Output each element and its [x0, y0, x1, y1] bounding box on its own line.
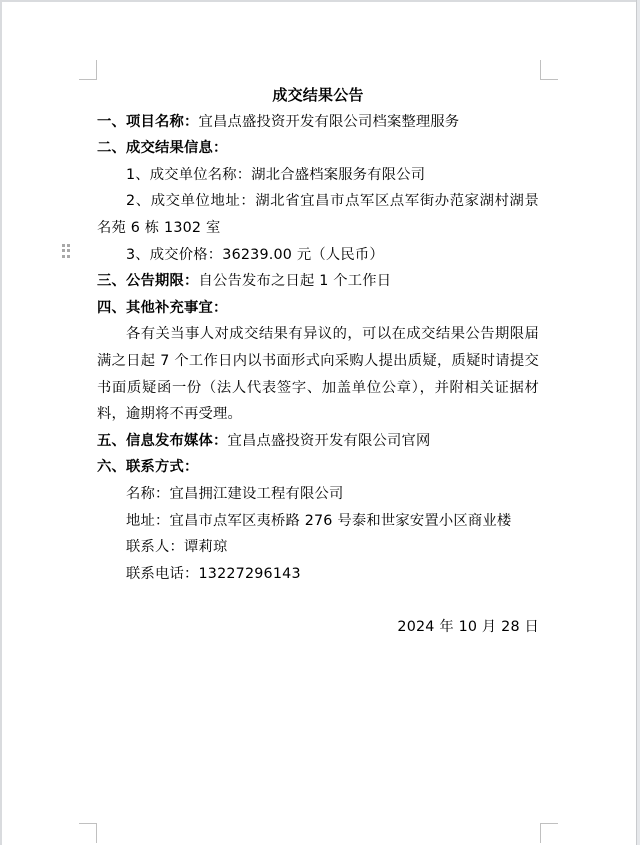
- contact-label: 地址：: [126, 513, 170, 529]
- document-title: 成交结果公告: [97, 82, 539, 109]
- document-date: 2024 年 10 月 28 日: [97, 614, 539, 641]
- blank-line: [97, 587, 539, 614]
- section-heading: 一、项目名称：: [97, 114, 198, 130]
- result-item-price: 3、成交价格：36239.00 元（人民币）: [97, 242, 539, 269]
- section-value: 自公告发布之日起 1 个工作日: [198, 273, 391, 289]
- section-heading: 四、其他补充事宜：: [97, 300, 227, 316]
- section-contact: 六、联系方式：: [97, 454, 539, 481]
- contact-phone: 联系电话：13227296143: [97, 561, 539, 588]
- item-label: 2、成交单位地址：: [126, 193, 255, 209]
- item-value: 湖北合盛档案服务有限公司: [251, 167, 425, 183]
- result-item-winner-address: 2、成交单位地址：湖北省宜昌市点军区点军街办范家湖村湖景名苑 6 栋 1302 …: [97, 188, 539, 241]
- contact-value: 宜昌市点军区夷桥路 276 号泰和世家安置小区商业楼: [170, 513, 512, 529]
- other-matters-paragraph: 各有关当事人对成交结果有异议的，可以在成交结果公告期限届满之日起 7 个工作日内…: [97, 321, 539, 427]
- item-value: 36239.00 元（人民币）: [222, 247, 384, 263]
- section-value: 宜昌点盛投资开发有限公司官网: [227, 433, 430, 449]
- contact-name: 名称：宜昌拥江建设工程有限公司: [97, 481, 539, 508]
- margin-corner-top-right: [540, 60, 558, 80]
- section-heading: 三、公告期限：: [97, 273, 198, 289]
- margin-corner-top-left: [79, 60, 97, 80]
- section-other-matters: 四、其他补充事宜：: [97, 295, 539, 322]
- contact-value: 13227296143: [198, 566, 300, 582]
- drag-handle-icon[interactable]: [62, 244, 70, 258]
- margin-corner-bottom-right: [540, 823, 558, 843]
- contact-value: 宜昌拥江建设工程有限公司: [170, 486, 344, 502]
- contact-label: 联系人：: [126, 539, 184, 555]
- section-notice-period: 三、公告期限：自公告发布之日起 1 个工作日: [97, 268, 539, 295]
- contact-label: 名称：: [126, 486, 170, 502]
- contact-person: 联系人：谭莉琼: [97, 534, 539, 561]
- section-value: 宜昌点盛投资开发有限公司档案整理服务: [198, 114, 459, 130]
- section-result-info: 二、成交结果信息：: [97, 135, 539, 162]
- document-page: 成交结果公告 一、项目名称：宜昌点盛投资开发有限公司档案整理服务 二、成交结果信…: [97, 82, 539, 640]
- contact-label: 联系电话：: [126, 566, 198, 582]
- window-frame-top: [0, 0, 640, 2]
- window-frame-left: [0, 0, 2, 845]
- section-publish-media: 五、信息发布媒体：宜昌点盛投资开发有限公司官网: [97, 428, 539, 455]
- section-project-name: 一、项目名称：宜昌点盛投资开发有限公司档案整理服务: [97, 109, 539, 136]
- result-item-winner-name: 1、成交单位名称：湖北合盛档案服务有限公司: [97, 162, 539, 189]
- section-heading: 六、联系方式：: [97, 459, 198, 475]
- section-heading: 二、成交结果信息：: [97, 140, 227, 156]
- item-label: 1、成交单位名称：: [126, 167, 251, 183]
- contact-value: 谭莉琼: [184, 539, 228, 555]
- contact-address: 地址：宜昌市点军区夷桥路 276 号泰和世家安置小区商业楼: [97, 508, 539, 535]
- section-heading: 五、信息发布媒体：: [97, 433, 227, 449]
- item-label: 3、成交价格：: [126, 247, 222, 263]
- margin-corner-bottom-left: [79, 823, 97, 843]
- vertical-scrollbar[interactable]: [636, 0, 640, 845]
